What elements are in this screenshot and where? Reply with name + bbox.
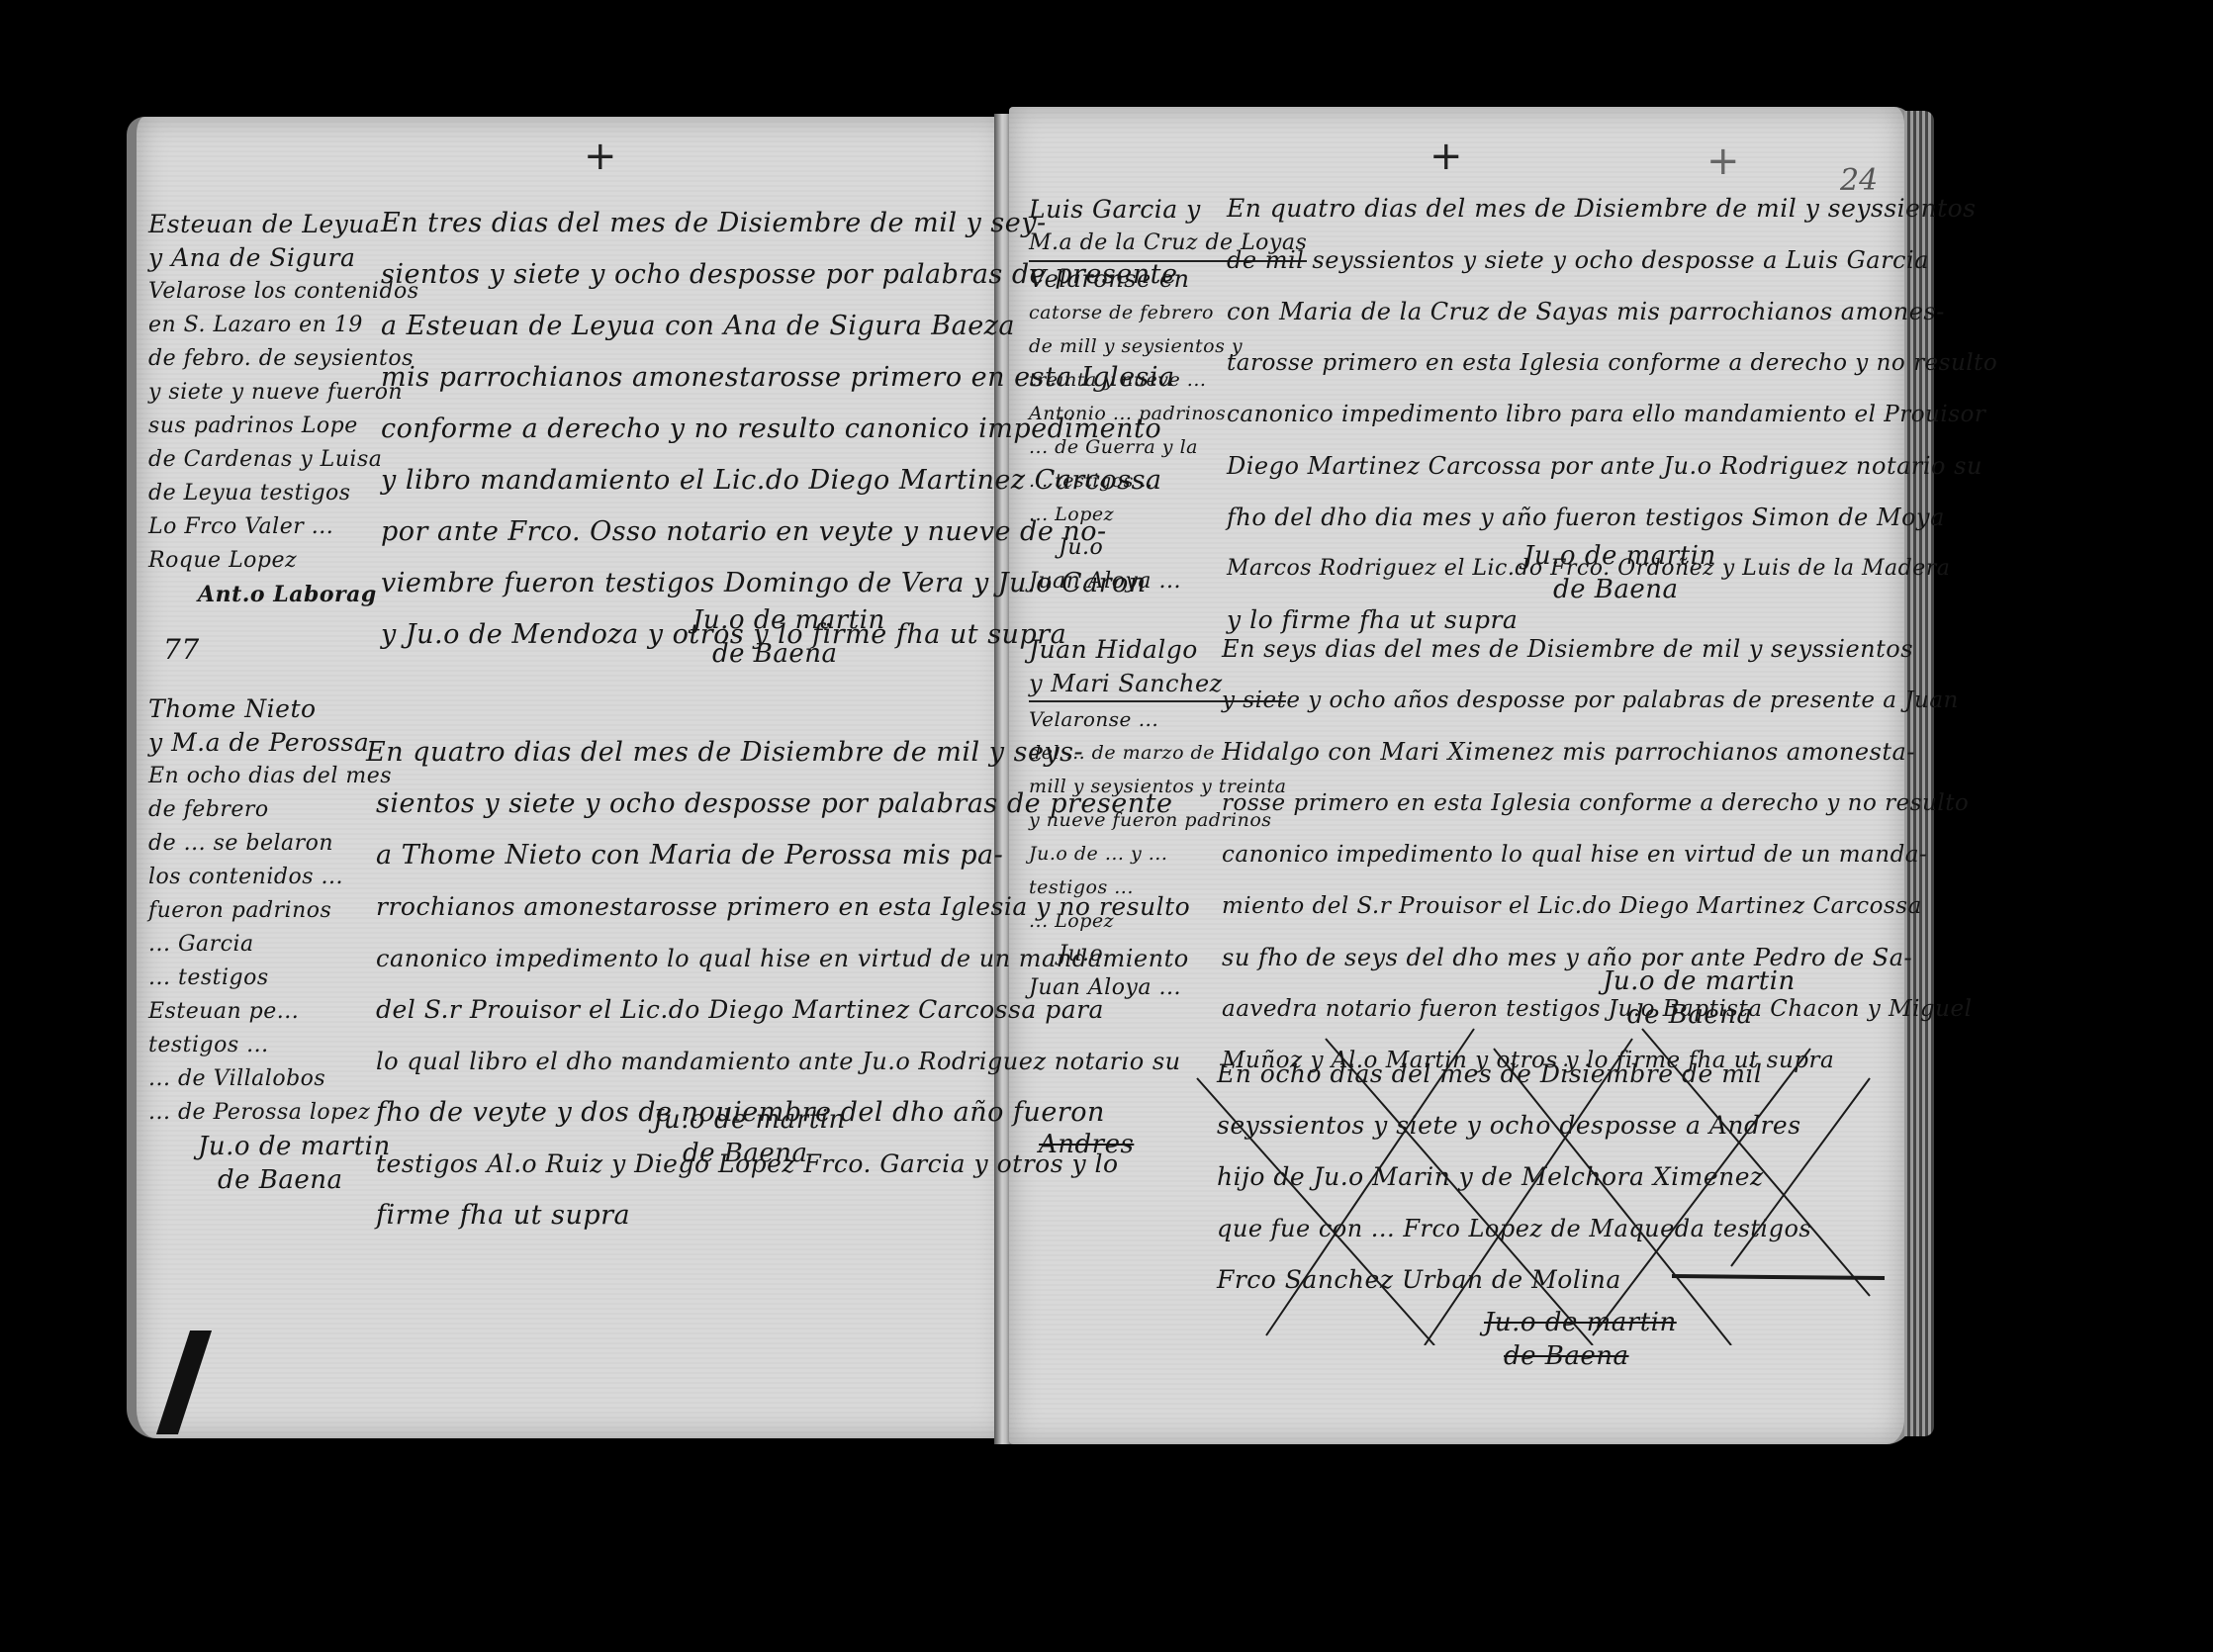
margin-signature: Roque Lopez: [148, 544, 419, 578]
margin-note: sus padrinos Lope: [148, 410, 419, 443]
entry-line: miento del S.r Prouisor el Lic.do Diego …: [1222, 880, 1972, 932]
margin-note: Lo Frco Valer ...: [148, 510, 419, 544]
entry-line: Frco Sanchez Urban de Molina: [1217, 1254, 1811, 1306]
entry-line: lo qual libro el dho mandamiento ante Ju…: [366, 1036, 1190, 1087]
signature-line: de Baena: [653, 1137, 846, 1170]
margin-note: de Leyua testigos: [148, 477, 419, 510]
margin-name: Thome Nieto: [148, 692, 392, 726]
margin-note: en S. Lazaro en 19: [148, 309, 419, 342]
margin-note: los contenidos ...: [148, 861, 392, 894]
entry-line: rosse primero en esta Iglesia conforme a…: [1222, 778, 1972, 829]
signature-line: Ju.o de martin: [1523, 539, 1716, 573]
left-entry-2-signature: Ju.o de martin de Baena: [653, 1103, 846, 1170]
cross-mark: +: [1429, 134, 1463, 179]
entry-line: hijo de Ju.o Marin y de Melchora Ximenez: [1217, 1151, 1811, 1203]
entry-line: canonico impedimento lo qual hise en vir…: [1222, 829, 1972, 880]
margin-name: Andres: [1039, 1128, 1134, 1161]
entry-line: En ocho dias del mes de Disiembre de mil: [1217, 1049, 1811, 1100]
entry-line: seyssientos y siete y ocho desposse a An…: [1217, 1100, 1811, 1151]
signature-line: de Baena: [1523, 573, 1716, 606]
margin-signature: de Baena: [148, 1163, 392, 1197]
margin-name: Esteuan de Leyua: [148, 208, 419, 241]
entry-line: firme fha ut supra: [366, 1190, 1190, 1241]
margin-note: ... Garcia: [148, 928, 392, 962]
open-register-book: + Esteuan de Leyua y Ana de Sigura Velar…: [0, 0, 2213, 1652]
signature-line: de Baena: [1603, 998, 1796, 1032]
entry-line: de mil seyssientos y siete y ocho despos…: [1227, 234, 1997, 286]
right-entry-1-signature: Ju.o de martin de Baena: [1523, 539, 1716, 606]
signature-line: Ju.o de martin: [1484, 1306, 1677, 1339]
entry-line: fho del dho dia mes y año fueron testigo…: [1227, 492, 1997, 543]
signature-line: de Baena: [1484, 1339, 1677, 1373]
left-entry-2-margin: Thome Nieto y M.a de Perossa En ocho dia…: [148, 692, 392, 1197]
margin-note: ... de Villalobos: [148, 1062, 392, 1096]
signature-line: Ju.o de martin: [692, 603, 885, 637]
margin-name: y M.a de Perossa: [148, 726, 392, 760]
margin-note: de ... se belaron: [148, 827, 392, 861]
entry-line: canonico impedimento libro para ello man…: [1227, 389, 1997, 440]
margin-note: En ocho dias del mes: [148, 760, 392, 793]
entry-line: En seys dias del mes de Disiembre de mil…: [1222, 623, 1972, 675]
margin-signature: Ju.o de martin: [148, 1130, 392, 1163]
signature-line: Ju.o de martin: [1603, 964, 1796, 998]
entry-line: que fue con ... Frco Lopez de Maqueda te…: [1217, 1203, 1811, 1254]
cross-mark: +: [584, 134, 617, 179]
entry-line: Diego Martinez Carcossa por ante Ju.o Ro…: [1227, 440, 1997, 492]
entry-line: En quatro dias del mes de Disiembre de m…: [1227, 183, 1997, 234]
right-entry-2-signature: Ju.o de martin de Baena: [1603, 964, 1796, 1032]
margin-note: de Cardenas y Luisa: [148, 443, 419, 477]
margin-note: Esteuan pe...: [148, 995, 392, 1029]
margin-signature: Ant.o Laborag: [148, 578, 419, 611]
right-entry-3-margin: Andres: [1039, 1128, 1134, 1161]
margin-note: y siete y nueve fueron: [148, 376, 419, 410]
margin-note: Velarose los contenidos: [148, 275, 419, 309]
margin-note: fueron padrinos: [148, 894, 392, 928]
margin-note: de febro. de seysientos: [148, 342, 419, 376]
entry-line: tarosse primero en esta Iglesia conforme…: [1227, 337, 1997, 389]
left-entry-1-margin: Esteuan de Leyua y Ana de Sigura Velaros…: [148, 208, 419, 611]
cross-mark: +: [1706, 138, 1740, 184]
left-entry-1-signature: Ju.o de martin de Baena: [692, 603, 885, 671]
margin-note: testigos ...: [148, 1029, 392, 1062]
right-entry-3-text: En ocho dias del mes de Disiembre de mil…: [1217, 1049, 1811, 1306]
entry-line: aavedra notario fueron testigos Ju.o Bap…: [1222, 983, 1972, 1035]
entry-line: su fho de seys del dho mes y año por ant…: [1222, 932, 1972, 983]
margin-note: ... de Perossa lopez: [148, 1096, 392, 1130]
entry-line: con Maria de la Cruz de Sayas mis parroc…: [1227, 286, 1997, 337]
right-entry-2-text: En seys dias del mes de Disiembre de mil…: [1222, 623, 1972, 1086]
margin-name: y Ana de Sigura: [148, 241, 419, 275]
margin-note: ... testigos: [148, 962, 392, 995]
entry-line: Hidalgo con Mari Ximenez mis parrochiano…: [1222, 726, 1972, 778]
signature-line: de Baena: [692, 637, 885, 671]
entry-line: y siete y ocho años desposse por palabra…: [1222, 675, 1972, 726]
right-entry-3-signature: Ju.o de martin de Baena: [1484, 1306, 1677, 1373]
margin-note: de febrero: [148, 793, 392, 827]
signature-line: Ju.o de martin: [653, 1103, 846, 1137]
page-mark: 77: [163, 633, 200, 666]
